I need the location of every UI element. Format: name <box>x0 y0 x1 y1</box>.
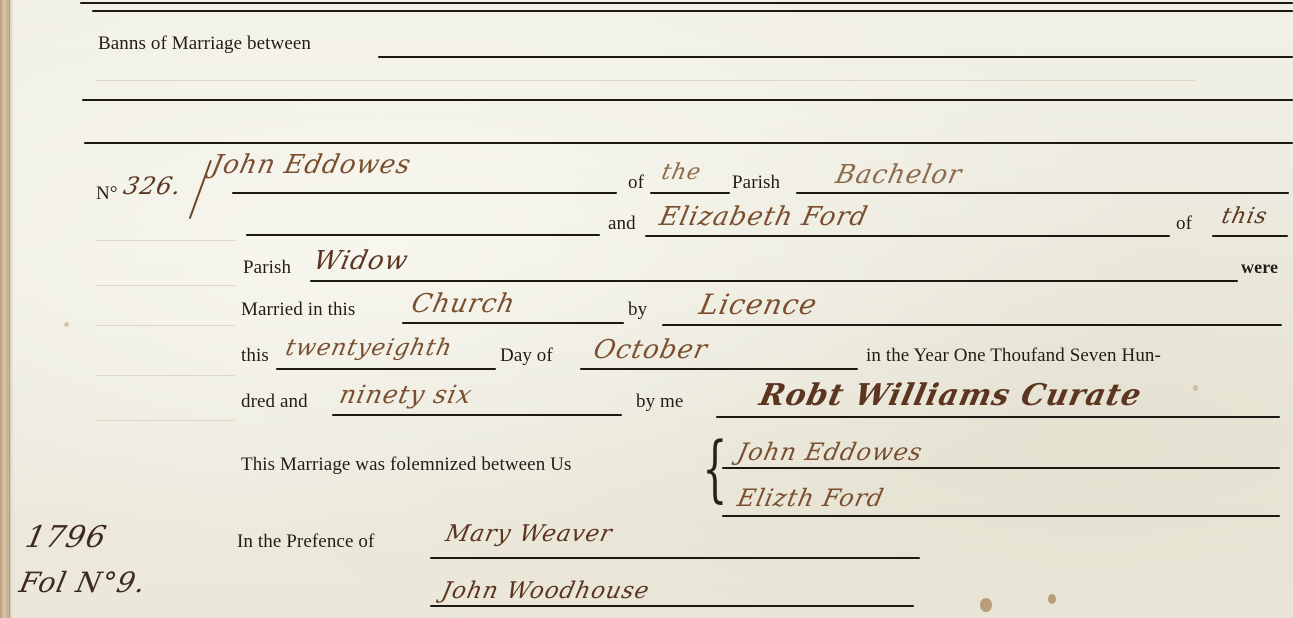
margin-year: 1796 <box>22 520 110 555</box>
bride-name: Elizabeth Ford <box>657 202 871 232</box>
year-text-line-1: in the Year One Thoufand Seven Hun- <box>866 345 1161 367</box>
binding-fold-line <box>9 0 10 618</box>
book-binding-edge <box>0 0 14 618</box>
witness-1: Mary Weaver <box>443 521 615 547</box>
by-label: by <box>628 299 647 321</box>
marriage-day-line <box>276 368 496 370</box>
marriage-place-line <box>402 322 624 324</box>
marriage-month: October <box>591 335 711 365</box>
groom-status-line <box>796 192 1289 194</box>
groom-status: Bachelor <box>833 160 965 190</box>
marriage-place: Church <box>409 289 519 319</box>
top-rule-2 <box>92 10 1293 12</box>
entry-flourish <box>189 160 212 219</box>
entry-number: 326. <box>121 172 184 200</box>
banns-line-1 <box>378 56 1293 58</box>
show-through-line <box>95 80 1195 81</box>
marriage-year-line <box>332 414 622 416</box>
bride-parish-prefix: this <box>1219 204 1270 229</box>
top-rule-1 <box>80 2 1293 4</box>
and-label: and <box>608 213 636 235</box>
bride-parish-line <box>1212 235 1288 237</box>
this-label: this <box>241 345 269 367</box>
ink-stain <box>1193 385 1198 391</box>
bride-status: Widow <box>311 246 412 276</box>
banns-line-3 <box>84 142 1293 144</box>
signature-bride: Elizth Ford <box>735 484 887 512</box>
signature-bride-line <box>722 515 1280 517</box>
marriage-month-line <box>580 368 858 370</box>
witness-2: John Woodhouse <box>439 578 652 604</box>
bride-of-label: of <box>1176 213 1192 235</box>
marriage-authority-line <box>662 324 1282 326</box>
show-through-line <box>95 325 235 326</box>
marriage-year-words: ninety six <box>337 380 475 409</box>
register-page: Banns of Marriage between N° 326. John E… <box>0 0 1293 618</box>
show-through-line <box>95 240 235 241</box>
groom-of-label: of <box>628 172 644 194</box>
ink-stain <box>64 322 69 327</box>
show-through-line <box>95 285 235 286</box>
witness-2-line <box>430 605 914 607</box>
presence-label: In the Prefence of <box>237 531 374 553</box>
officiant-line <box>716 416 1280 418</box>
bride-name-line <box>645 235 1170 237</box>
groom-name: John Eddowes <box>209 150 414 180</box>
witness-1-line <box>430 557 920 559</box>
blank-line-under-groom <box>246 234 600 236</box>
groom-parish-line <box>650 192 730 194</box>
married-in-label: Married in this <box>241 299 355 321</box>
year-text-line-2: dred and <box>241 391 308 413</box>
show-through-line <box>95 420 235 421</box>
marriage-authority: Licence <box>696 288 820 321</box>
banns-line-2 <box>82 99 1293 101</box>
groom-name-line <box>232 192 617 194</box>
groom-parish-label: Parish <box>732 172 780 194</box>
signature-groom-line <box>722 467 1280 469</box>
ink-stain <box>1048 594 1056 604</box>
margin-folio: Fol N°9. <box>16 566 149 599</box>
signature-groom: John Eddowes <box>735 438 925 466</box>
bride-parish-label: Parish <box>243 257 291 279</box>
banns-label: Banns of Marriage between <box>98 33 311 55</box>
officiant-name: Robt Williams Curate <box>756 378 1145 413</box>
bride-status-line <box>310 280 1238 282</box>
day-of-label: Day of <box>500 345 553 367</box>
were-label: were <box>1241 257 1278 278</box>
show-through-line <box>95 375 235 376</box>
by-me-label: by me <box>636 391 683 413</box>
groom-parish-prefix: the <box>659 160 703 185</box>
marriage-day: twentyeighth <box>283 335 455 361</box>
entry-number-prefix: N° <box>96 183 118 205</box>
solemnized-label: This Marriage was folemnized between Us <box>241 454 571 476</box>
ink-stain <box>980 598 992 612</box>
